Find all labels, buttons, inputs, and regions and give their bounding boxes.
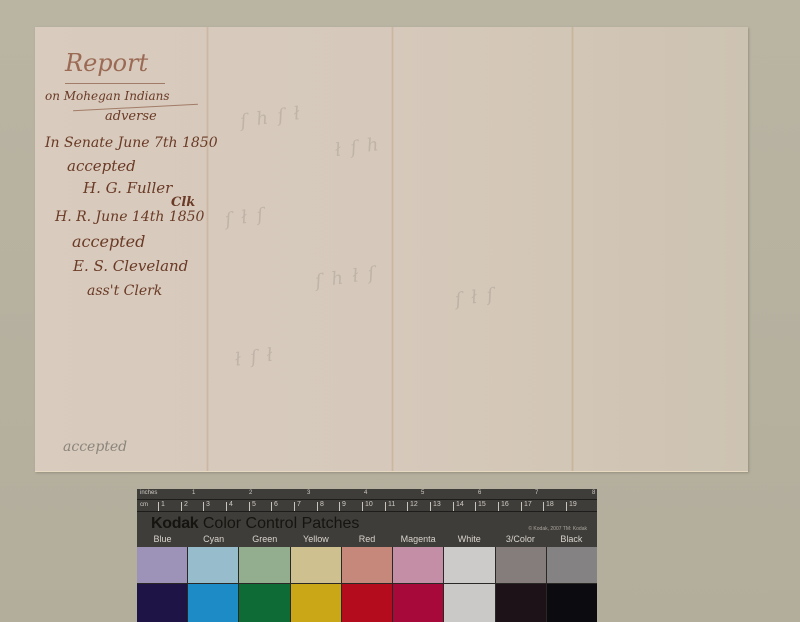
house-date: H. R. June 14th 1850 bbox=[55, 209, 204, 225]
patch-label-green: Green bbox=[239, 534, 290, 546]
signature-cleveland: E. S. Cleveland bbox=[73, 257, 188, 275]
patch-label-yellow: Yellow bbox=[290, 534, 341, 546]
kodak-subtitle: Color Control Patches bbox=[203, 515, 360, 532]
patch-cyan-dark bbox=[188, 584, 238, 622]
patch-green-dark bbox=[239, 584, 289, 622]
patch-label-3color: 3/Color bbox=[495, 534, 546, 546]
patch-3color-light bbox=[496, 547, 546, 583]
kodak-brand: Kodak bbox=[151, 515, 198, 532]
signature-fuller-title: Clk bbox=[171, 195, 195, 210]
patch-white-dark bbox=[444, 584, 494, 622]
docket-title: Report bbox=[65, 49, 148, 77]
kodak-copyright: © Kodak, 2007 TM: Kodak bbox=[528, 526, 587, 532]
ruler-unit-inches: inches bbox=[140, 490, 157, 496]
bleed-through-text: ſ ł ſ bbox=[224, 204, 267, 230]
bleed-through-text: ſ ł ſ bbox=[454, 284, 497, 310]
manuscript-sheet: ſ h ſ ł ł ſ h ſ ł ſ ſ h ł ſ ł ſ ł ſ ł ſ … bbox=[35, 27, 748, 472]
pencil-note: accepted bbox=[63, 439, 127, 455]
bleed-through-text: ł ſ h bbox=[334, 134, 382, 161]
patch-white-light bbox=[444, 547, 494, 583]
bleed-through-text: ſ h ł ſ bbox=[314, 263, 378, 292]
patch-red-dark bbox=[342, 584, 392, 622]
bleed-through-text: ſ h ſ ł bbox=[239, 103, 303, 132]
patch-red-light bbox=[342, 547, 392, 583]
patch-yellow-dark bbox=[291, 584, 341, 622]
ruler: inches cm 1 2 3 4 5 6 7 8 1 2 3 4 5 6 7 … bbox=[137, 489, 597, 512]
patch-label-cyan: Cyan bbox=[188, 534, 239, 546]
kodak-color-target: inches cm 1 2 3 4 5 6 7 8 1 2 3 4 5 6 7 … bbox=[137, 489, 597, 622]
patch-green-light bbox=[239, 547, 289, 583]
underline bbox=[65, 83, 165, 84]
patch-black-dark bbox=[547, 584, 597, 622]
patch-label-blue: Blue bbox=[137, 534, 188, 546]
fold-line bbox=[206, 27, 209, 471]
patch-3color-dark bbox=[496, 584, 546, 622]
senate-date: In Senate June 7th 1850 bbox=[45, 135, 218, 151]
patch-blue-dark bbox=[137, 584, 187, 622]
patch-label-black: Black bbox=[546, 534, 597, 546]
fold-line bbox=[391, 27, 394, 471]
patch-labels: Blue Cyan Green Yellow Red Magenta White… bbox=[137, 534, 597, 546]
accepted-stamp-1: accepted bbox=[67, 157, 136, 175]
docket-subject: on Mohegan Indians bbox=[45, 89, 170, 103]
patch-magenta-light bbox=[393, 547, 443, 583]
patch-cyan-light bbox=[188, 547, 238, 583]
ruler-unit-cm: cm bbox=[140, 502, 148, 508]
docket-adverse: adverse bbox=[105, 109, 157, 124]
patch-black-light bbox=[547, 547, 597, 583]
patch-yellow-light bbox=[291, 547, 341, 583]
patch-magenta-dark bbox=[393, 584, 443, 622]
kodak-title: Kodak Color Control Patches bbox=[151, 515, 359, 533]
patch-label-magenta: Magenta bbox=[393, 534, 444, 546]
signature-cleveland-title: ass't Clerk bbox=[87, 283, 162, 299]
signature-fuller: H. G. Fuller bbox=[83, 179, 172, 197]
color-patches-grid bbox=[137, 547, 597, 622]
bleed-through-text: ł ſ ł bbox=[234, 344, 276, 370]
patch-blue-light bbox=[137, 547, 187, 583]
accepted-stamp-2: accepted bbox=[72, 232, 145, 251]
patch-label-white: White bbox=[444, 534, 495, 546]
patch-label-red: Red bbox=[341, 534, 392, 546]
fold-line bbox=[571, 27, 574, 471]
